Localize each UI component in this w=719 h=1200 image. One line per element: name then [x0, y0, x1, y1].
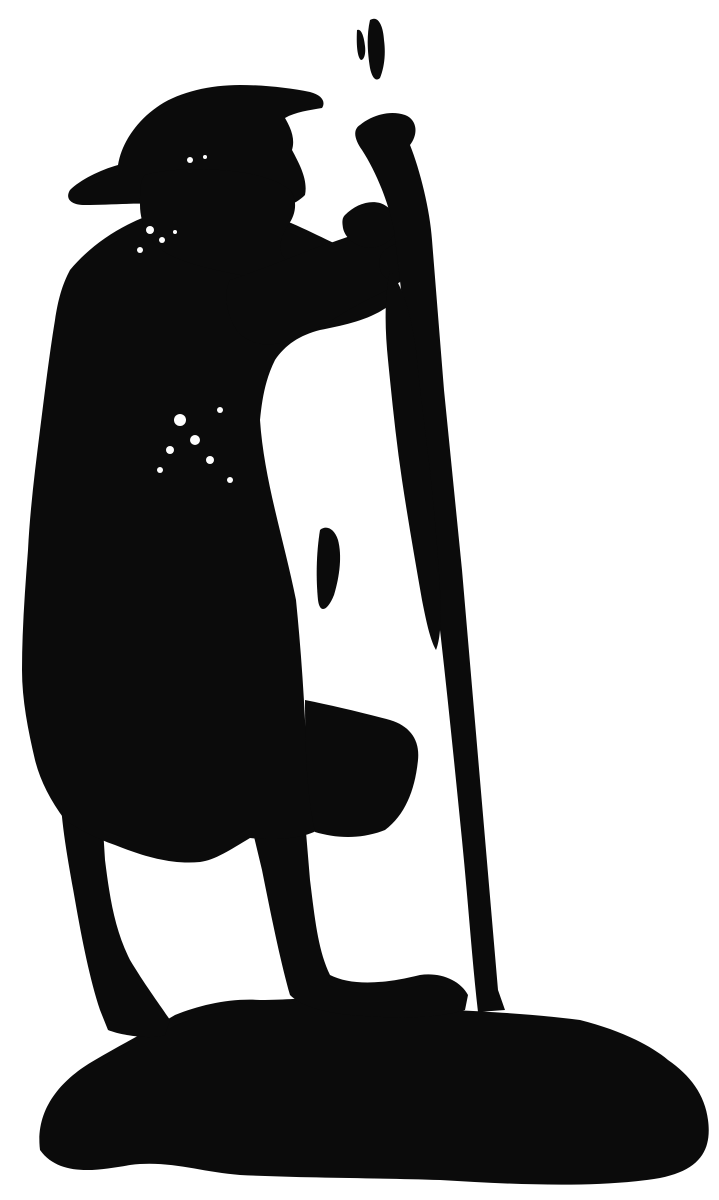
staff-tip: [368, 19, 385, 80]
coat-hem: [305, 700, 418, 837]
ink-silhouette: [0, 0, 719, 1200]
ink-shard: [317, 528, 340, 609]
artwork-canvas: [0, 0, 719, 1200]
right-leg: [250, 820, 468, 1017]
staff-tip-stroke: [357, 30, 366, 60]
